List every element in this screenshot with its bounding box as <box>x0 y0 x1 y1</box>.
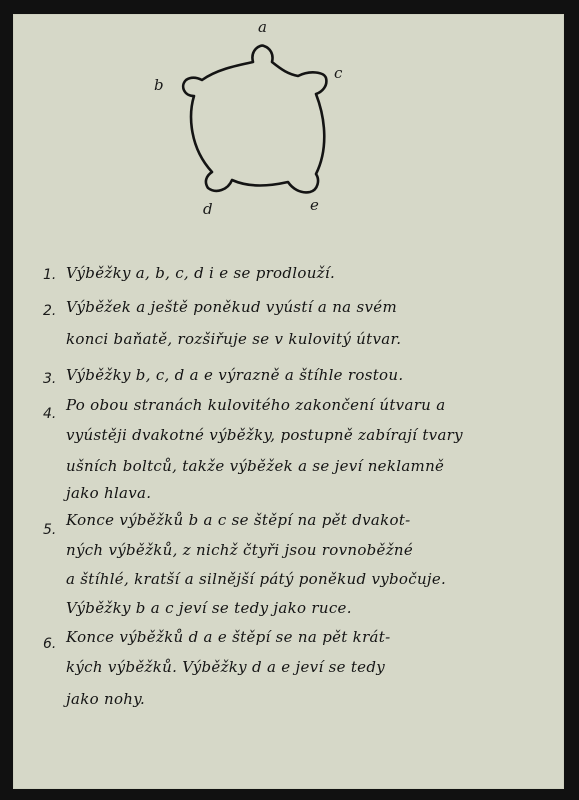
item-5-line-2: ných výběžků, z nichž čtyři jsou rovnobě… <box>66 541 413 559</box>
handwritten-text: 1. Výběžky a, b, c, d i e se prodlouží. … <box>13 14 564 789</box>
item-3-line-1: Výběžky b, c, d a e výrazně a štíhle ros… <box>66 366 403 384</box>
document-page: a b c d e 1. Výběžky a, b, c, d i e se p… <box>13 14 564 789</box>
item-5-line-3: a štíhlé, kratší a silnější pátý poněkud… <box>66 570 446 588</box>
item-number: 1. <box>43 267 56 283</box>
item-5-line-4: Výběžky b a c jeví se tedy jako ruce. <box>66 599 352 617</box>
item-4-line-4: jako hlava. <box>66 484 151 502</box>
item-number: 4. <box>43 406 56 422</box>
item-1-line-1: Výběžky a, b, c, d i e se prodlouží. <box>66 264 335 282</box>
item-number: 6. <box>43 636 56 652</box>
item-4-line-1: Po obou stranách kulovitého zakončení út… <box>66 396 445 414</box>
item-6-line-1: Konce výběžků d a e štěpí se na pět krát… <box>66 628 390 646</box>
item-number: 5. <box>43 522 56 538</box>
item-2-line-2: konci baňatě, rozšiřuje se v kulovitý út… <box>66 330 401 348</box>
item-number: 3. <box>43 371 56 387</box>
item-5-line-1: Konce výběžků b a c se štěpí na pět dvak… <box>66 511 411 529</box>
item-number: 2. <box>43 303 56 319</box>
item-6-line-3: jako nohy. <box>66 690 145 708</box>
item-2-line-1: Výběžek a ještě poněkud vyústí a na svém <box>66 298 397 316</box>
item-4-line-2: vyústěji dvakotné výběžky, postupně zabí… <box>66 426 463 444</box>
item-4-line-3: ušních boltců, takže výběžek a se jeví n… <box>66 457 444 475</box>
item-6-line-2: kých výběžků. Výběžky d a e jeví se tedy <box>66 658 385 676</box>
